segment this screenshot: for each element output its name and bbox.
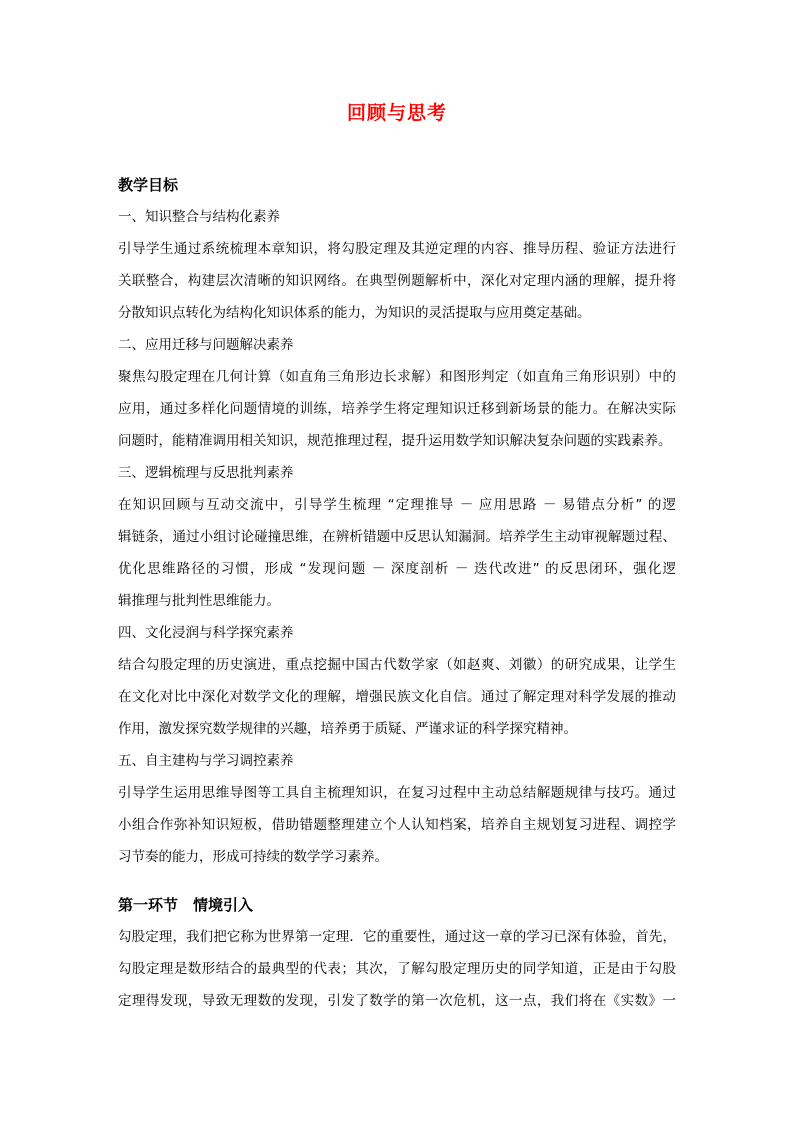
paragraph-line: 习节奏的能力，形成可持续的数学学习素养。 [118,841,676,873]
paragraph-line: 辑推理与批判性思维能力。 [118,585,676,617]
paragraph-spacer [118,873,676,889]
stage-one-heading: 第一环节 情境引入 [118,889,676,921]
paragraph-line: 辑链条，通过小组讨论碰撞思维，在辨析错题中反思认知漏洞。培养学生主动审视解题过程… [118,521,676,553]
paragraph-line: 在文化对比中深化对数学文化的理解，增强民族文化自信。通过了解定理对科学发展的推动 [118,681,676,713]
paragraph-line: 定理得发现，导致无理数的发现，引发了数学的第一次危机，这一点，我们将在《实数》一 [118,985,676,1017]
section-subheading: 一、知识整合与结构化素养 [118,201,676,233]
paragraph-line: 引导学生通过系统梳理本章知识，将勾股定理及其逆定理的内容、推导历程、验证方法进行 [118,233,676,265]
paragraph-line: 引导学生运用思维导图等工具自主梳理知识，在复习过程中主动总结解题规律与技巧。通过 [118,777,676,809]
paragraph-line: 优化思维路径的习惯，形成 “发现问题 － 深度剖析 － 迭代改进” 的反思闭环，… [118,553,676,585]
section-subheading: 二、应用迁移与问题解决素养 [118,329,676,361]
paragraph-line: 小组合作弥补知识短板，借助错题整理建立个人认知档案，培养自主规划复习进程、调控学 [118,809,676,841]
document-body: 教学目标一、知识整合与结构化素养引导学生通过系统梳理本章知识，将勾股定理及其逆定… [118,169,676,1017]
document-page: 回顾与思考 教学目标一、知识整合与结构化素养引导学生通过系统梳理本章知识，将勾股… [0,0,794,1123]
paragraph-line: 分散知识点转化为结构化知识体系的能力，为知识的灵活提取与应用奠定基础。 [118,297,676,329]
teaching-objectives-heading: 教学目标 [118,169,676,201]
paragraph-line: 关联整合，构建层次清晰的知识网络。在典型例题解析中，深化对定理内涵的理解，提升将 [118,265,676,297]
paragraph-line: 问题时，能精准调用相关知识，规范推理过程，提升运用数学知识解决复杂问题的实践素养… [118,425,676,457]
paragraph-line: 作用，激发探究数学规律的兴趣，培养勇于质疑、严谨求证的科学探究精神。 [118,713,676,745]
paragraph-line: 应用，通过多样化问题情境的训练，培养学生将定理知识迁移到新场景的能力。在解决实际 [118,393,676,425]
document-title: 回顾与思考 [0,100,794,126]
paragraph-line: 结合勾股定理的历史演进，重点挖掘中国古代数学家（如赵爽、刘徽）的研究成果，让学生 [118,649,676,681]
section-subheading: 五、自主建构与学习调控素养 [118,745,676,777]
paragraph-line: 在知识回顾与互动交流中，引导学生梳理 “定理推导 － 应用思路 － 易错点分析”… [118,489,676,521]
paragraph-line: 聚焦勾股定理在几何计算（如直角三角形边长求解）和图形判定（如直角三角形识别）中的 [118,361,676,393]
paragraph-line: 勾股定理是数形结合的最典型的代表；其次，了解勾股定理历史的同学知道，正是由于勾股 [118,953,676,985]
section-subheading: 四、文化浸润与科学探究素养 [118,617,676,649]
paragraph-line: 勾股定理，我们把它称为世界第一定理．它的重要性，通过这一章的学习已深有体验，首先… [118,921,676,953]
section-subheading: 三、逻辑梳理与反思批判素养 [118,457,676,489]
